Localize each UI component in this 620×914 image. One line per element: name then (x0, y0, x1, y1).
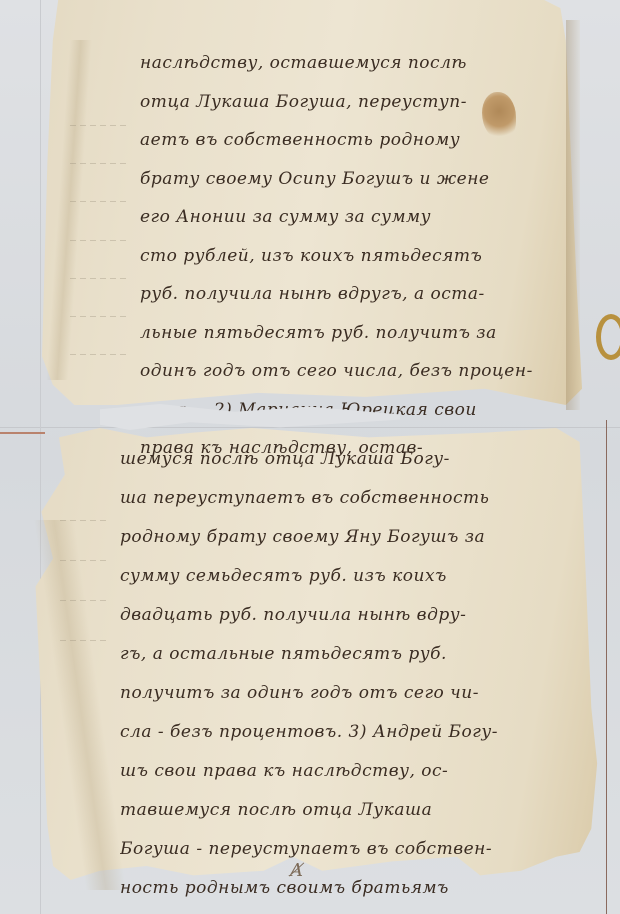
text-line: шемуся послѣ отца Лукаша Богу- (120, 440, 600, 479)
text-line: брату своему Осипу Богушъ и жене (140, 160, 580, 199)
text-line: гъ, а остальные пятьдесятъ руб. (120, 635, 600, 674)
text-line: тавшемуся послѣ отца Лукаша (120, 791, 600, 830)
ruled-line (70, 354, 130, 355)
text-line: одинъ годъ отъ сего числа, безъ процен- (140, 352, 580, 391)
ruled-line (70, 240, 130, 241)
handwritten-text-top: наслѣдству, оставшемуся послѣ отца Лукаш… (140, 44, 580, 468)
ruled-line (60, 560, 110, 561)
text-line: ша переуступаетъ въ собственность (120, 479, 600, 518)
photo-scene: наслѣдству, оставшемуся послѣ отца Лукаш… (0, 0, 620, 914)
ruled-line (70, 125, 130, 126)
ruled-line (70, 316, 130, 317)
table-red-line (0, 432, 45, 434)
text-line: сла - безъ процентовъ. 3) Андрей Богу- (120, 713, 600, 752)
text-line: сумму семьдесятъ руб. изъ коихъ (120, 557, 600, 596)
handwritten-text-bottom: шемуся послѣ отца Лукаша Богу- ша переус… (120, 440, 600, 908)
text-line: льные пятьдесятъ руб. получитъ за (140, 314, 580, 353)
text-line: руб. получила нынѣ вдругъ, а оста- (140, 275, 580, 314)
brass-ring-icon (596, 314, 620, 360)
text-line: получитъ за одинъ годъ отъ сего чи- (120, 674, 600, 713)
ruled-line (70, 163, 130, 164)
text-line: шъ свои права къ наслѣдству, ос- (120, 752, 600, 791)
text-line: родному брату своему Яну Богушъ за (120, 518, 600, 557)
text-line: двадцать руб. получила нынѣ вдру- (120, 596, 600, 635)
ruled-line (60, 640, 110, 641)
text-line: отца Лукаша Богуша, переуступ- (140, 83, 580, 122)
text-line: наслѣдству, оставшемуся послѣ (140, 44, 580, 83)
table-grid-line (40, 0, 41, 914)
text-line: аетъ въ собственность родному (140, 121, 580, 160)
ruled-line (70, 278, 130, 279)
text-line: сто рублей, изъ коихъ пятьдесятъ (140, 237, 580, 276)
text-line: ность роднымъ своимъ братьямъ (120, 869, 600, 908)
ruled-line (70, 201, 130, 202)
bottom-pen-mark: Ⱥ (290, 860, 303, 881)
ruled-line (60, 600, 110, 601)
text-line: его Анонии за сумму за сумму (140, 198, 580, 237)
text-line: Богуша - переуступаетъ въ собствен- (120, 830, 600, 869)
ruled-line (60, 520, 110, 521)
table-border-line (606, 420, 607, 914)
